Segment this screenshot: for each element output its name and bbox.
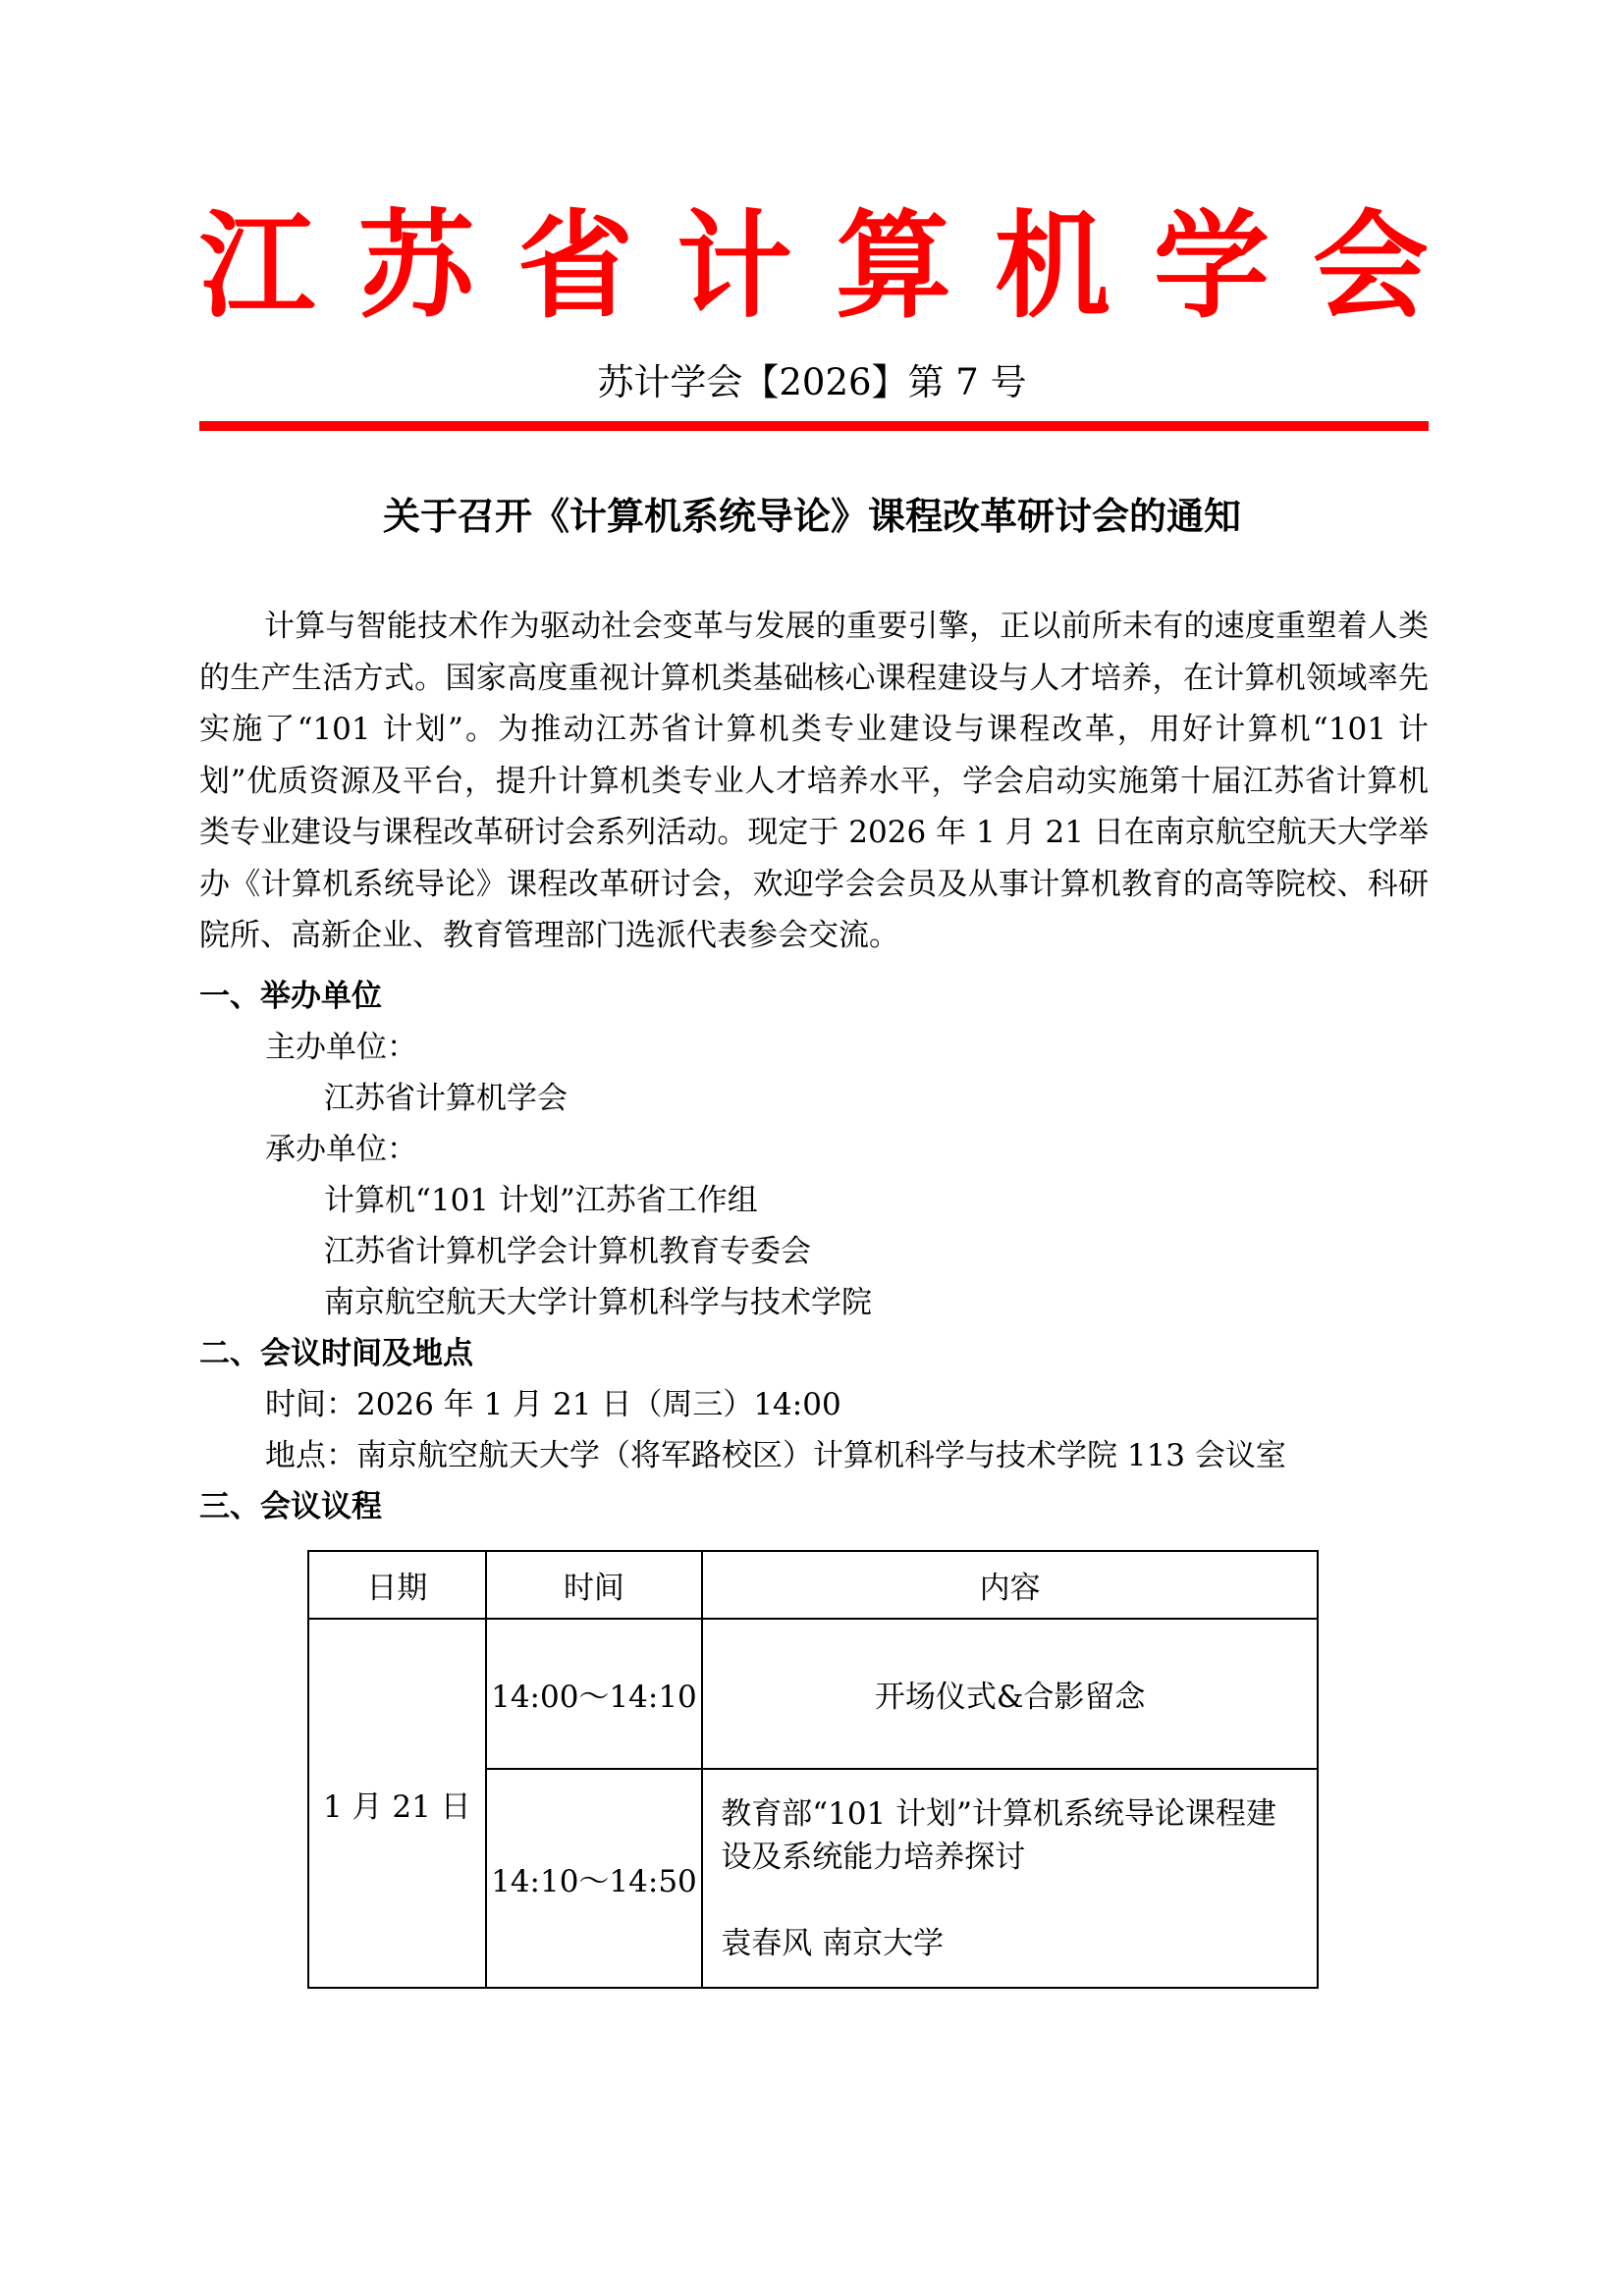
- section-heading-organizers: 一、举办单位: [199, 971, 382, 1022]
- time-cell: 14:00～14:10: [486, 1619, 703, 1769]
- intro-paragraph: 计算与智能技术作为驱动社会变革与发展的重要引擎，正以前所未有的速度重塑着人类的生…: [199, 601, 1429, 962]
- host-org: 江苏省计算机学会: [324, 1073, 568, 1124]
- host-label: 主办单位：: [265, 1022, 417, 1073]
- content-cell: 教育部“101 计划”计算机系统导论课程建设及系统能力培养探讨 袁春风 南京大学: [702, 1769, 1318, 1988]
- org-title-char: 会: [1313, 208, 1429, 324]
- column-header-time: 时间: [486, 1551, 703, 1619]
- speaker: 袁春风 南京大学: [721, 1922, 1299, 1965]
- notice-body: 计算与智能技术作为驱动社会变革与发展的重要引擎，正以前所未有的速度重塑着人类的生…: [199, 601, 1429, 962]
- co-organizer: 江苏省计算机学会计算机教育专委会: [324, 1226, 811, 1277]
- column-header-date: 日期: [308, 1551, 486, 1619]
- date-cell: 1 月 21 日: [308, 1619, 486, 1988]
- document-number: 苏计学会【2026】第 7 号: [0, 361, 1624, 404]
- org-title-char: 省: [517, 208, 633, 324]
- table-row: 1 月 21 日 14:00～14:10 开场仪式&合影留念: [308, 1619, 1318, 1769]
- org-title: 江 苏 省 计 算 机 学 会: [199, 192, 1429, 340]
- org-title-char: 计: [677, 208, 792, 324]
- time-cell: 14:10～14:50: [486, 1769, 703, 1988]
- meeting-time: 时间：2026 年 1 月 21 日（周三）14:00: [265, 1379, 841, 1430]
- co-organizer: 计算机“101 计划”江苏省工作组: [324, 1175, 758, 1226]
- table-header-row: 日期 时间 内容: [308, 1551, 1318, 1619]
- section-heading-time-place: 二、会议时间及地点: [199, 1328, 473, 1379]
- co-organizer: 南京航空航天大学计算机科学与技术学院: [324, 1277, 872, 1328]
- org-title-char: 算: [836, 208, 951, 324]
- org-title-char: 苏: [358, 208, 474, 324]
- column-header-content: 内容: [702, 1551, 1318, 1619]
- talk-title: 教育部“101 计划”计算机系统导论课程建设及系统能力培养探讨: [721, 1792, 1299, 1879]
- content-cell: 开场仪式&合影留念: [702, 1619, 1318, 1769]
- co-organizer-label: 承办单位：: [265, 1124, 417, 1175]
- org-title-char: 学: [1154, 208, 1270, 324]
- section-heading-agenda: 三、会议议程: [199, 1481, 382, 1532]
- red-divider: [199, 421, 1429, 431]
- meeting-place: 地点：南京航空航天大学（将军路校区）计算机科学与技术学院 113 会议室: [265, 1430, 1286, 1481]
- agenda-table: 日期 时间 内容 1 月 21 日 14:00～14:10 开场仪式&合影留念 …: [307, 1550, 1319, 1989]
- notice-title: 关于召开《计算机系统导论》课程改革研讨会的通知: [0, 493, 1624, 540]
- org-title-char: 机: [995, 208, 1110, 324]
- org-title-char: 江: [199, 208, 315, 324]
